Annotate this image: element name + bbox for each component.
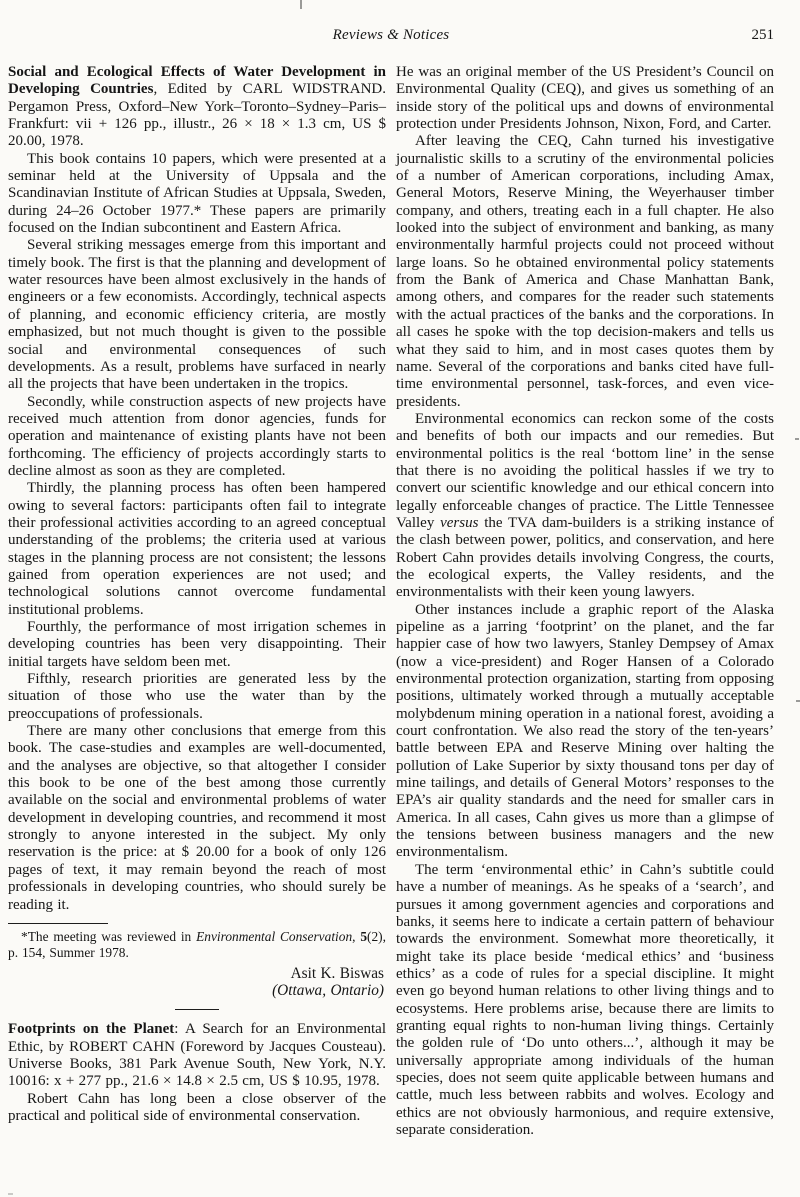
scan-artifact [300,0,302,9]
page-number: 251 [752,27,775,44]
reviewer-location: (Ottawa, Ontario) [8,982,384,999]
review-1-paragraph: Fifthly, research priorities are generat… [8,671,386,723]
scan-artifact [795,438,799,440]
review-1-paragraph: Several striking messages emerge from th… [8,237,386,393]
review-1-paragraph: This book contains 10 papers, which were… [8,151,386,238]
review-2-paragraph: He was an original member of the US Pres… [396,64,774,133]
footnote: *The meeting was reviewed in Environment… [8,929,386,961]
review-2-citation-heading: Footprints on the Planet: A Search for a… [8,1021,386,1090]
page-header: Reviews & Notices 251 [8,27,774,47]
right-column: He was an original member of the US Pres… [396,64,774,1139]
reviewer-name: Asit K. Biswas [8,965,384,982]
review-2-paragraph: Other instances include a graphic report… [396,602,774,862]
review-1-citation-heading: Social and Ecological Effects of Water D… [8,64,386,151]
scan-artifact [796,700,800,702]
journal-section-title: Reviews & Notices [8,27,774,44]
reviewer-signature: Asit K. Biswas (Ottawa, Ontario) [8,965,386,1000]
review-2-paragraph: Environmental economics can reckon some … [396,411,774,602]
review-1-paragraph: Thirdly, the planning process has often … [8,480,386,619]
review-2-paragraph: The term ‘environmental ethic’ in Cahn’s… [396,862,774,1140]
review-1-paragraph: There are many other conclusions that em… [8,723,386,914]
section-divider-rule [175,1009,219,1010]
footnote-rule [8,923,108,924]
review-1-paragraph: Secondly, while construction aspects of … [8,394,386,481]
left-column: Social and Ecological Effects of Water D… [8,64,386,1125]
review-1-paragraph: Fourthly, the performance of most irriga… [8,619,386,671]
scan-artifact [8,1193,13,1195]
review-2-paragraph: After leaving the CEQ, Cahn turned his i… [396,133,774,411]
review-2-paragraph: Robert Cahn has long been a close observ… [8,1091,386,1126]
